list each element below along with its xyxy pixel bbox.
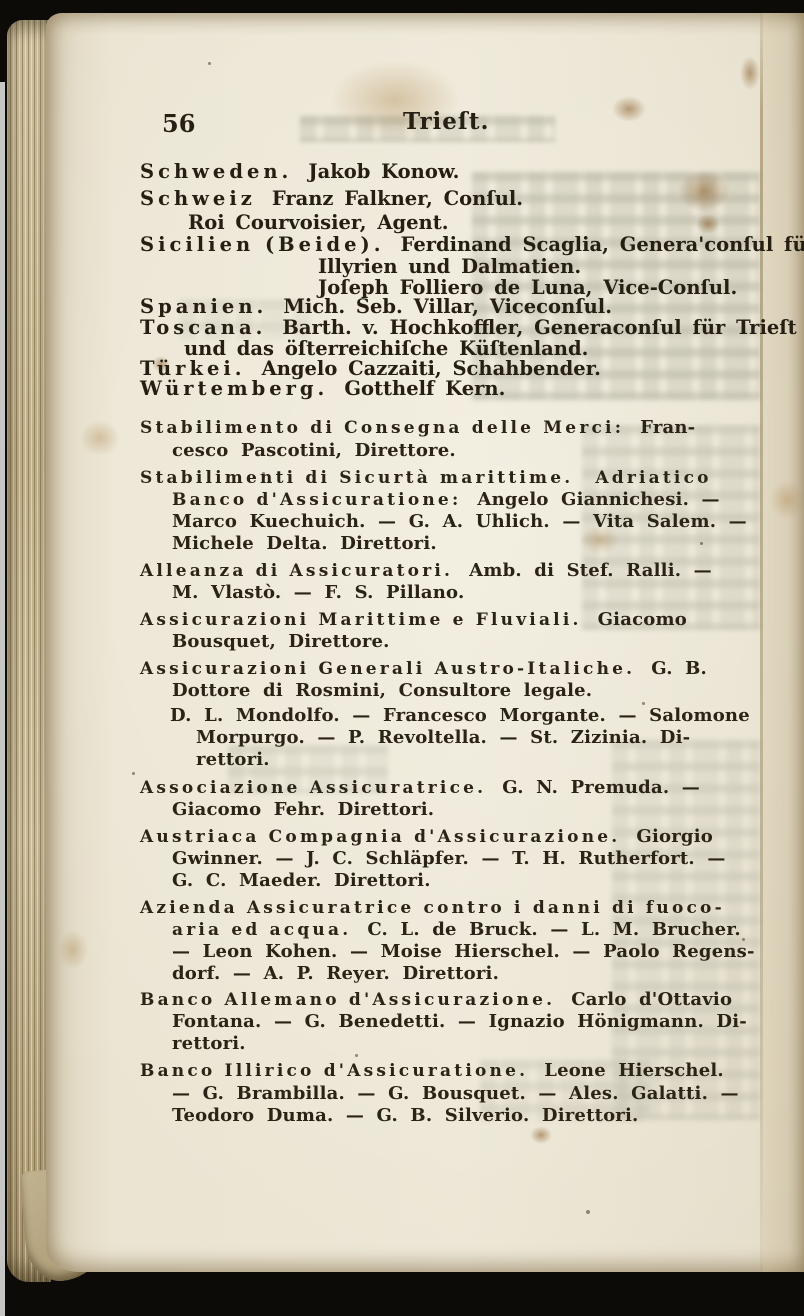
entry-text: Teodoro Duma. — G. B. Silverio. Direttor… <box>172 1105 639 1126</box>
country-name: Würtemberg. <box>140 377 328 400</box>
country-name: Schweiz <box>140 187 256 210</box>
page-edge-stack <box>7 20 51 1282</box>
entry-text: rettori. <box>196 749 270 770</box>
directory-line: Michele Delta. Direttori. <box>172 533 437 554</box>
directory-line: Teodoro Duma. — G. B. Silverio. Direttor… <box>172 1105 639 1126</box>
country-name: Toscana. <box>140 316 266 339</box>
directory-line: Stabilimenti di Sicurtà marittime.Adriat… <box>140 467 728 488</box>
entry-text: Giorgio <box>636 826 713 847</box>
entry-text: G. N. Premuda. — <box>502 777 700 798</box>
entry-text: — Leon Kohen. — Moise Hierschel. — Paolo… <box>172 941 755 962</box>
entry-text: G. C. Maeder. Direttori. <box>172 870 431 891</box>
entry-text: Marco Kuechuich. — G. A. Uhlich. — Vita … <box>172 511 747 532</box>
consul-line: SchweizFranz Falkner, Conſul. <box>140 187 523 210</box>
stain <box>770 480 804 520</box>
consul-name: Roi Courvoisier, Agent. <box>188 211 449 234</box>
entry-heading: Adriatico <box>595 468 711 488</box>
entry-text: Giacomo <box>598 609 687 630</box>
stain <box>696 214 720 234</box>
stain <box>58 930 88 970</box>
consul-name: Jakob Konow. <box>308 160 459 183</box>
entry-heading: Stabilimenti di Sicurtà marittime. <box>140 468 573 488</box>
country-name: Sicilien (Beide). <box>140 233 385 256</box>
directory-line: Morpurgo. — P. Revoltella. — St. Zizinia… <box>196 727 690 748</box>
speck <box>586 1210 590 1214</box>
entry-text: Amb. di Stef. Ralli. — <box>469 560 712 581</box>
page-number: 56 <box>162 109 195 138</box>
entry-text: Bousquet, Direttore. <box>172 631 390 652</box>
directory-line: cesco Pascotini, Direttore. <box>172 440 456 461</box>
directory-line: Azienda Assicuratrice contro i danni di … <box>140 897 741 918</box>
directory-line: Austriaca Compagnia d'Assicurazione.Gior… <box>140 826 713 847</box>
directory-line: dorf. — A. P. Reyer. Direttori. <box>172 963 499 984</box>
directory-line: Dottore di Rosmini, Consultore legale. <box>172 680 592 701</box>
directory-line: M. Vlastò. — F. S. Pillano. <box>172 582 464 603</box>
entry-heading: Banco Allemano d'Assicurazione. <box>140 990 555 1010</box>
stain <box>80 420 120 456</box>
entry-text: Carlo d'Ottavio <box>571 989 732 1010</box>
stain <box>612 96 646 122</box>
entry-text: Dottore di Rosmini, Consultore legale. <box>172 680 592 701</box>
directory-line: Banco Illirico d'Assicuratione.Leone Hie… <box>140 1060 724 1081</box>
entry-text: Fontana. — G. Benedetti. — Ignazio Hönig… <box>172 1011 747 1032</box>
speck <box>132 772 135 775</box>
entry-text: D. L. Mondolfo. — Francesco Morgante. — … <box>170 705 750 726</box>
directory-line: Bousquet, Direttore. <box>172 631 390 652</box>
consul-line: Spanien.Mich. Seb. Villar, Viceconſul. <box>140 295 612 318</box>
entry-text: rettori. <box>172 1033 246 1054</box>
consul-line: Toscana.Barth. v. Hochkoffler, Generacon… <box>140 316 797 339</box>
entry-text: Michele Delta. Direttori. <box>172 533 437 554</box>
entry-text: dorf. — A. P. Reyer. Direttori. <box>172 963 499 984</box>
country-name: Schweden. <box>140 160 292 183</box>
entry-text: cesco Pascotini, Direttore. <box>172 440 456 461</box>
directory-line: Stabilimento di Consegna delle Merci:Fra… <box>140 417 695 438</box>
entry-text: — G. Brambilla. — G. Bousquet. — Ales. G… <box>172 1083 739 1104</box>
running-title: Trieſt. <box>403 108 489 135</box>
entry-heading: Banco Illirico d'Assicuratione. <box>140 1061 528 1081</box>
consul-name: Gotthelf Kern. <box>344 377 505 400</box>
stain <box>530 1126 552 1144</box>
speck <box>208 62 211 65</box>
directory-line: rettori. <box>196 749 270 770</box>
directory-line: Giacomo Fehr. Direttori. <box>172 799 434 820</box>
speck <box>700 542 703 545</box>
entry-text: C. L. de Bruck. — L. M. Brucher. <box>367 919 740 940</box>
consul-line: Illyrien und Dalmatien. <box>318 255 581 278</box>
entry-heading: Assicurazioni Marittime e Fluviali. <box>140 610 582 630</box>
book-scan: 56 Trieſt. Schweden.Jakob Konow. Schweiz… <box>0 0 804 1316</box>
consul-name: Mich. Seb. Villar, Viceconſul. <box>283 295 612 318</box>
entry-text: Giacomo Fehr. Direttori. <box>172 799 434 820</box>
entry-text: M. Vlastò. — F. S. Pillano. <box>172 582 464 603</box>
entry-text: Morpurgo. — P. Revoltella. — St. Zizinia… <box>196 727 690 748</box>
entry-heading: Banco d'Assicuratione: <box>172 490 461 510</box>
directory-line: Marco Kuechuich. — G. A. Uhlich. — Vita … <box>172 511 747 532</box>
country-name: Spanien. <box>140 295 267 318</box>
directory-line: Banco d'Assicuratione:Angelo Giannichesi… <box>172 489 720 510</box>
entry-text: Fran- <box>640 417 695 438</box>
stain <box>678 170 730 212</box>
entry-heading: aria ed acqua. <box>172 920 351 940</box>
entry-heading: Austriaca Compagnia d'Assicurazione. <box>140 827 620 847</box>
entry-text: Leone Hierschel. <box>544 1060 724 1081</box>
entry-heading: Azienda Assicuratrice contro i danni di … <box>140 898 725 918</box>
directory-line: Associazione Assicuratrice.G. N. Premuda… <box>140 777 700 798</box>
consul-name: Ferdinand Scaglia, Genera'conſul für <box>401 233 804 256</box>
speck <box>355 1054 358 1057</box>
stain <box>740 56 760 90</box>
consul-line: Roi Courvoisier, Agent. <box>188 211 449 234</box>
directory-line: D. L. Mondolfo. — Francesco Morgante. — … <box>170 705 750 726</box>
directory-line: — Leon Kohen. — Moise Hierschel. — Paolo… <box>172 941 755 962</box>
consul-name: Barth. v. Hochkoffler, Generaconſul für … <box>282 316 796 339</box>
directory-line: Banco Allemano d'Assicurazione.Carlo d'O… <box>140 989 732 1010</box>
entry-text: G. B. <box>651 658 707 679</box>
consul-line: Schweden.Jakob Konow. <box>140 160 459 183</box>
consul-line: Würtemberg.Gotthelf Kern. <box>140 377 505 400</box>
entry-heading: Assicurazioni Generali Austro-Italiche. <box>140 659 635 679</box>
directory-line: Gwinner. — J. C. Schläpfer. — T. H. Ruth… <box>172 848 726 869</box>
directory-line: Fontana. — G. Benedetti. — Ignazio Hönig… <box>172 1011 747 1032</box>
directory-line: Assicurazioni Marittime e Fluviali.Giaco… <box>140 609 687 630</box>
crease-line <box>760 14 763 1270</box>
page-fold-column <box>763 13 804 1272</box>
entry-heading: Stabilimento di Consegna delle Merci: <box>140 418 624 438</box>
entry-heading: Alleanza di Assicuratori. <box>140 561 453 581</box>
directory-line: aria ed acqua.C. L. de Bruck. — L. M. Br… <box>172 919 741 940</box>
consul-name: Illyrien und Dalmatien. <box>318 255 581 278</box>
consul-name: Franz Falkner, Conſul. <box>272 187 523 210</box>
directory-line: rettori. <box>172 1033 246 1054</box>
entry-text: Gwinner. — J. C. Schläpfer. — T. H. Ruth… <box>172 848 726 869</box>
entry-heading: Associazione Assicuratrice. <box>140 778 486 798</box>
directory-line: Assicurazioni Generali Austro-Italiche.G… <box>140 658 707 679</box>
consul-line: Sicilien (Beide).Ferdinand Scaglia, Gene… <box>140 233 804 256</box>
directory-line: Alleanza di Assicuratori.Amb. di Stef. R… <box>140 560 712 581</box>
scanner-edge-strip <box>0 82 5 1316</box>
directory-line: G. C. Maeder. Direttori. <box>172 870 431 891</box>
directory-line: — G. Brambilla. — G. Bousquet. — Ales. G… <box>172 1083 739 1104</box>
entry-text: Angelo Giannichesi. — <box>477 489 719 510</box>
